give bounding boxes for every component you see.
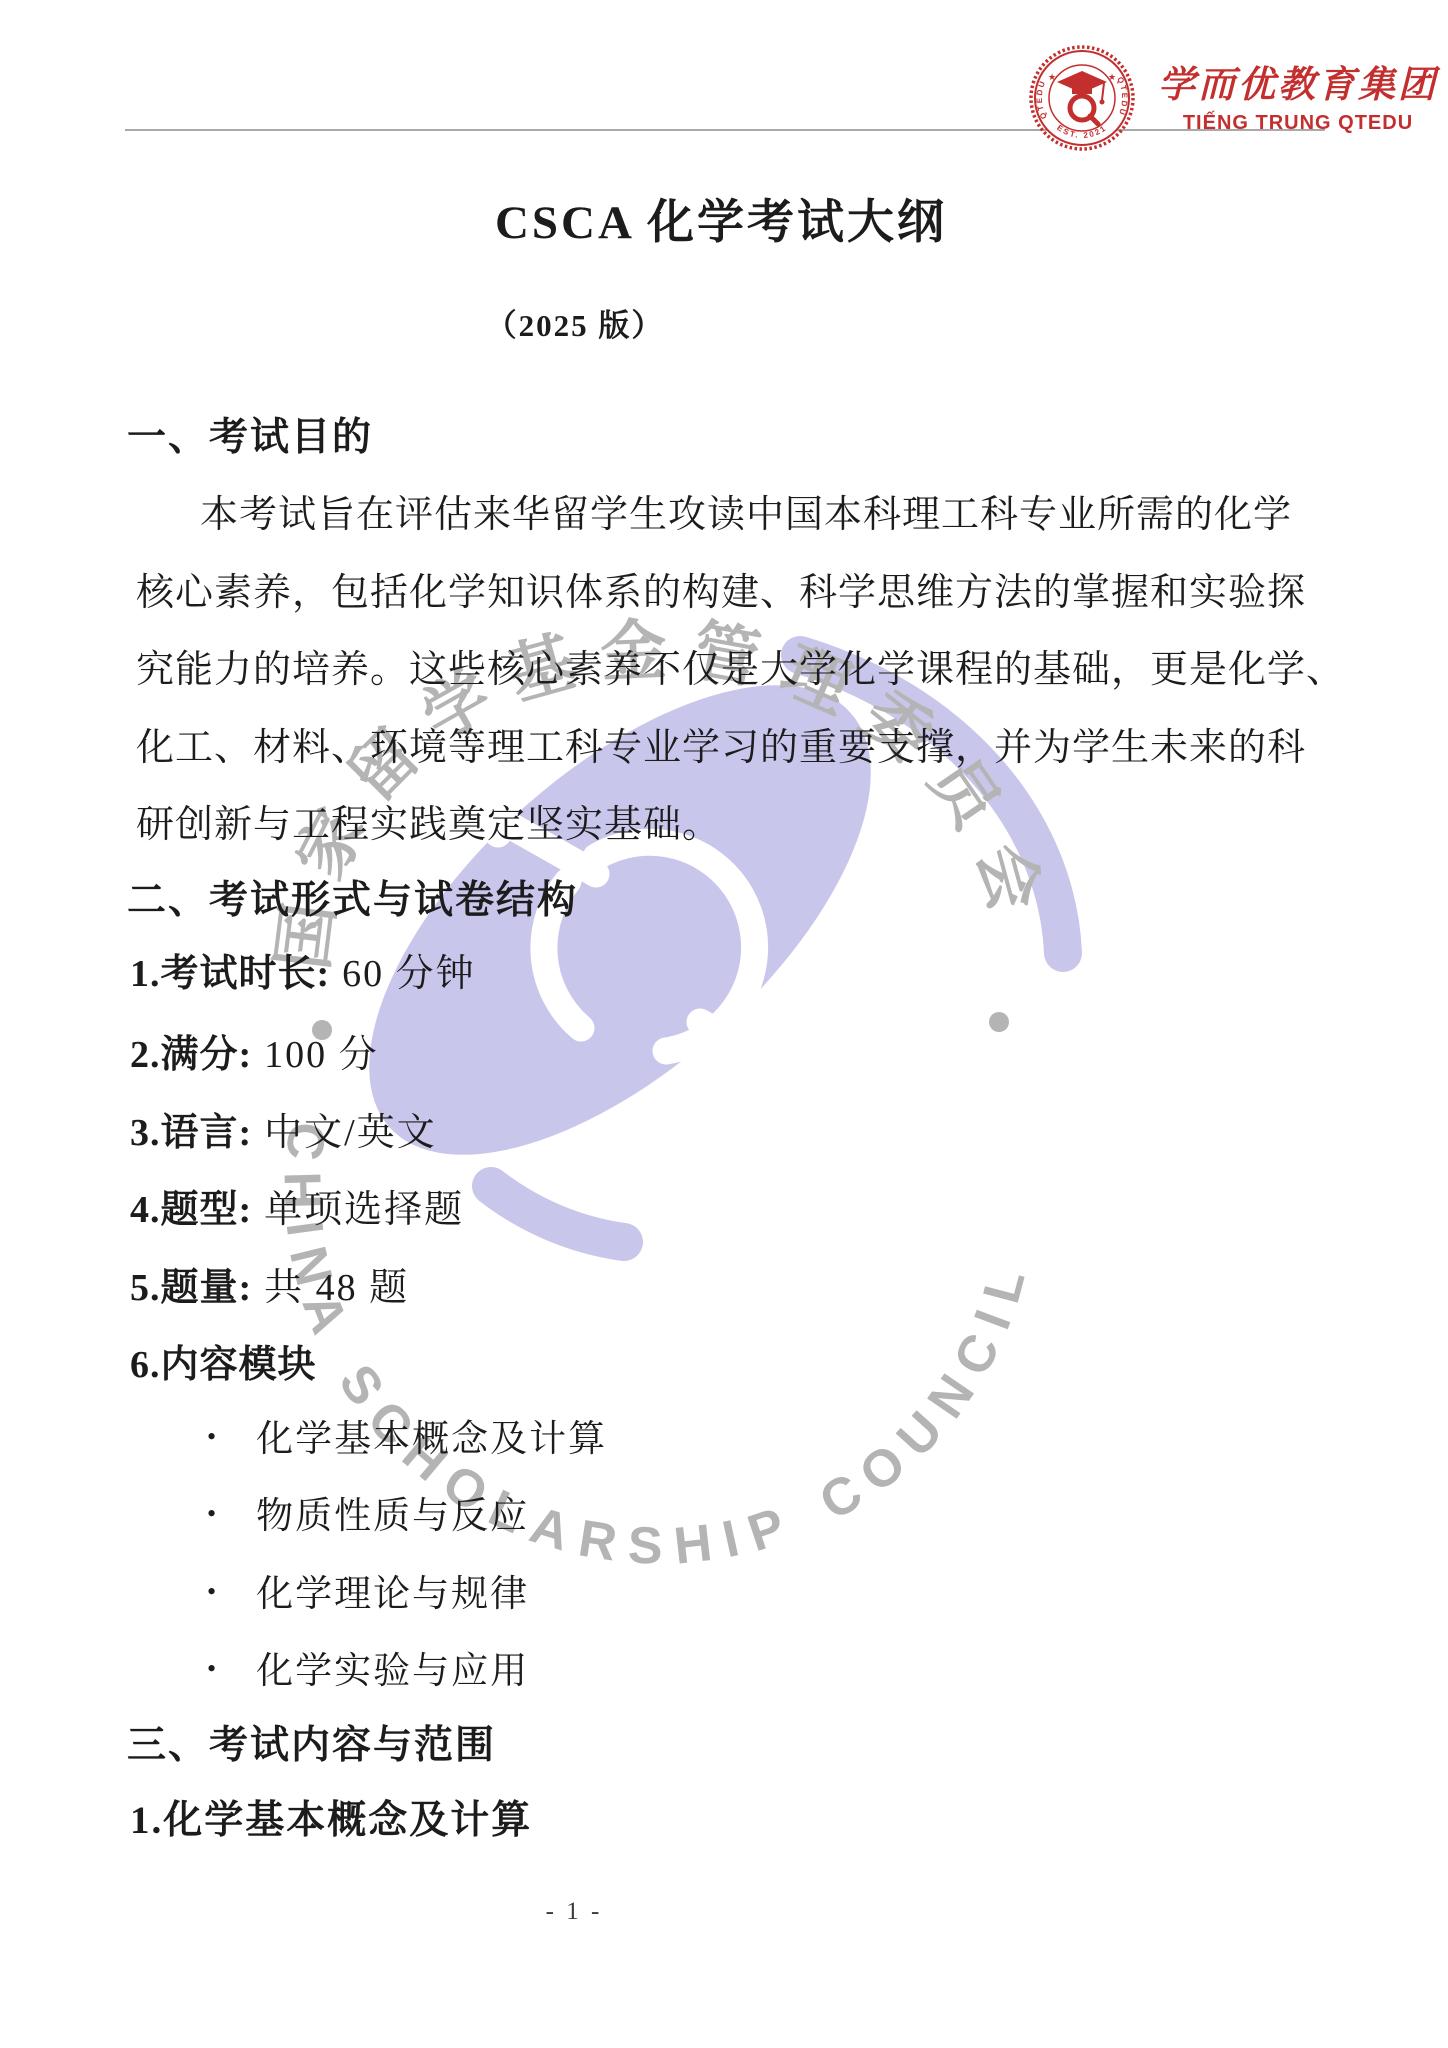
seal-star-right: ★ [1108, 72, 1116, 82]
list-item: •化学实验与应用 [207, 1653, 529, 1690]
bullet-icon: • [207, 1656, 218, 1682]
item-value: 共 48 题 [264, 1267, 409, 1309]
page-number: - 1 - [546, 1899, 603, 1924]
paragraph-line: 究能力的培养。这些核心素养不仅是大学化学课程的基础，更是化学、 [136, 651, 1345, 689]
item-label: 6.内容模块 [130, 1344, 317, 1386]
question-count-row: 5.题量:共 48 题 [130, 1269, 409, 1307]
brand-subtitle: TIẾNG TRUNG QTEDU [1158, 112, 1438, 135]
item-label: 4.题型: [130, 1189, 252, 1231]
list-item: •化学基本概念及计算 [207, 1421, 607, 1458]
page-title: CSCA 化学考试大纲 [495, 200, 947, 247]
brand-name: 学而优教育集团 [1158, 54, 1438, 108]
content-modules-row: 6.内容模块 [130, 1346, 329, 1384]
question-type-row: 4.题型:单项选择题 [130, 1191, 464, 1229]
item-value: 中文/英文 [264, 1112, 437, 1154]
item-label: 2.满分: [130, 1034, 252, 1076]
language-row: 3.语言:中文/英文 [130, 1114, 437, 1152]
paragraph-line: 研创新与工程实践奠定坚实基础。 [136, 806, 721, 844]
paragraph-line: 本考试旨在评估来华留学生攻读中国本科理工科专业所需的化学 [200, 496, 1292, 534]
brand-block: 学而优教育集团 TIẾNG TRUNG QTEDU [1158, 54, 1438, 135]
item-value: 100 分 [264, 1034, 379, 1076]
paragraph-line: 核心素养，包括化学知识体系的构建、科学思维方法的掌握和实验探 [136, 574, 1306, 612]
item-label: 1.考试时长: [130, 953, 330, 995]
bullet-icon: • [207, 1501, 218, 1527]
bullet-text: 化学实验与应用 [256, 1651, 529, 1692]
bullet-text: 化学理论与规律 [256, 1574, 529, 1615]
list-item: •化学理论与规律 [207, 1576, 529, 1613]
csc-ring-arc-bottomleft [491, 1186, 624, 1242]
qtedu-seal: 优而学 QTEDU QTEDU EST. 2021 ★ ★ [1028, 44, 1136, 152]
section-3-subheading: 1.化学基本概念及计算 [130, 1801, 532, 1840]
document-page: 国家留学基金管理委员会 CHINA SCHOLARSHIP COUNCIL 优而… [0, 0, 1448, 2048]
seal-star-left: ★ [1048, 72, 1056, 82]
bullet-icon: • [207, 1579, 218, 1605]
bullet-text: 物质性质与反应 [256, 1496, 529, 1537]
watermark-separator-dot-right [989, 1012, 1009, 1032]
header-rule [125, 129, 1325, 131]
paragraph-line: 化工、材料、环境等理工科专业学习的重要支撑，并为学生未来的科 [136, 729, 1306, 767]
bullet-text: 化学基本概念及计算 [256, 1419, 607, 1460]
list-item: •物质性质与反应 [207, 1498, 529, 1535]
item-value: 60 分钟 [342, 953, 476, 995]
page-subtitle: （2025 版） [486, 310, 665, 341]
full-score-row: 2.满分:100 分 [130, 1036, 379, 1074]
bullet-icon: • [207, 1424, 218, 1450]
section-3-heading: 三、考试内容与范围 [127, 1726, 496, 1765]
section-1-heading: 一、考试目的 [127, 418, 373, 457]
item-label: 3.语言: [130, 1112, 252, 1154]
exam-duration-row: 1.考试时长:60 分钟 [130, 955, 476, 993]
section-2-heading: 二、考试形式与试卷结构 [127, 881, 578, 920]
item-value: 单项选择题 [264, 1189, 464, 1231]
item-label: 5.题量: [130, 1267, 252, 1309]
